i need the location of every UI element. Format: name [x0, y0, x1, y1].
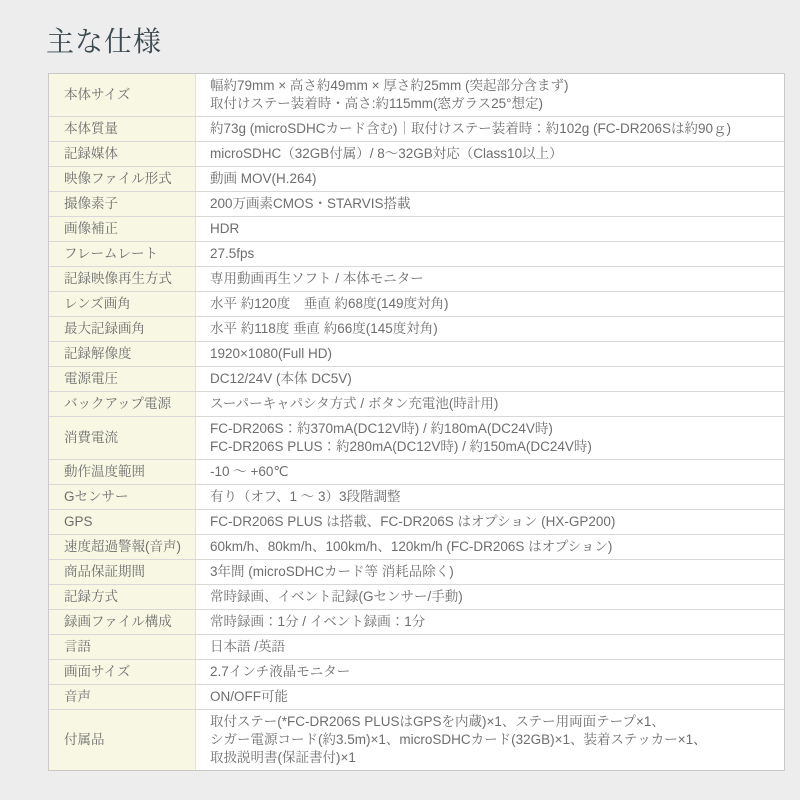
spec-row: 記録媒体microSDHC（32GB付属）/ 8〜32GB対応（Class10以… [49, 142, 784, 167]
spec-label: 記録解像度 [49, 342, 196, 366]
spec-row: 画面サイズ2.7インチ液晶モニター [49, 660, 784, 685]
spec-label: 画面サイズ [49, 660, 196, 684]
spec-row: 本体質量約73g (microSDHCカード含む)｜取付けステー装着時：約102… [49, 117, 784, 142]
spec-row: 最大記録画角水平 約118度 垂直 約66度(145度対角) [49, 317, 784, 342]
spec-value-line: ON/OFF可能 [210, 688, 772, 706]
spec-value-line: 2.7インチ液晶モニター [210, 663, 772, 681]
spec-row: 音声ON/OFF可能 [49, 685, 784, 710]
spec-value-line: FC-DR206S：約370mA(DC12V時) / 約180mA(DC24V時… [210, 420, 772, 438]
spec-value-line: -10 〜 +60℃ [210, 463, 772, 481]
spec-value-line: FC-DR206S PLUS：約280mA(DC12V時) / 約150mA(D… [210, 438, 772, 456]
spec-label: バックアップ電源 [49, 392, 196, 416]
spec-row: 付属品取付ステー(*FC-DR206S PLUSはGPSを内蔵)×1、ステー用両… [49, 710, 784, 770]
spec-value-line: 常時録画：1分 / イベント録画：1分 [210, 613, 772, 631]
spec-label: 画像補正 [49, 217, 196, 241]
spec-value: 約73g (microSDHCカード含む)｜取付けステー装着時：約102g (F… [196, 117, 784, 141]
spec-value: 動画 MOV(H.264) [196, 167, 784, 191]
spec-row: 録画ファイル構成常時録画：1分 / イベント録画：1分 [49, 610, 784, 635]
spec-value: 3年間 (microSDHCカード等 消耗品除く) [196, 560, 784, 584]
spec-value: 常時録画、イベント記録(Gセンサー/手動) [196, 585, 784, 609]
spec-value: 常時録画：1分 / イベント録画：1分 [196, 610, 784, 634]
spec-value-line: 有り（オフ、1 〜 3）3段階調整 [210, 488, 772, 506]
spec-value: 60km/h、80km/h、100km/h、120km/h (FC-DR206S… [196, 535, 784, 559]
spec-value-line: 60km/h、80km/h、100km/h、120km/h (FC-DR206S… [210, 538, 772, 556]
spec-label: Gセンサー [49, 485, 196, 509]
spec-value-line: 常時録画、イベント記録(Gセンサー/手動) [210, 588, 772, 606]
spec-value-line: HDR [210, 220, 772, 238]
spec-row: Gセンサー有り（オフ、1 〜 3）3段階調整 [49, 485, 784, 510]
spec-table: 本体サイズ幅約79mm × 高さ約49mm × 厚さ約25mm (突起部分含まず… [48, 73, 785, 771]
spec-value-line: 約73g (microSDHCカード含む)｜取付けステー装着時：約102g (F… [210, 120, 772, 138]
spec-value: 水平 約120度 垂直 約68度(149度対角) [196, 292, 784, 316]
spec-value: 200万画素CMOS・STARVIS搭載 [196, 192, 784, 216]
spec-row: レンズ画角水平 約120度 垂直 約68度(149度対角) [49, 292, 784, 317]
spec-value: 1920×1080(Full HD) [196, 342, 784, 366]
spec-value: ON/OFF可能 [196, 685, 784, 709]
spec-label: 動作温度範囲 [49, 460, 196, 484]
spec-label: 記録媒体 [49, 142, 196, 166]
spec-value-line: DC12/24V (本体 DC5V) [210, 370, 772, 388]
spec-value-line: 3年間 (microSDHCカード等 消耗品除く) [210, 563, 772, 581]
spec-value: FC-DR206S PLUS は搭載、FC-DR206S はオプション (HX-… [196, 510, 784, 534]
spec-row: 映像ファイル形式動画 MOV(H.264) [49, 167, 784, 192]
spec-value-line: 動画 MOV(H.264) [210, 170, 772, 188]
spec-row: 商品保証期間3年間 (microSDHCカード等 消耗品除く) [49, 560, 784, 585]
spec-label: 言語 [49, 635, 196, 659]
spec-label: 記録方式 [49, 585, 196, 609]
spec-label: 電源電圧 [49, 367, 196, 391]
spec-row: 記録方式常時録画、イベント記録(Gセンサー/手動) [49, 585, 784, 610]
spec-value: -10 〜 +60℃ [196, 460, 784, 484]
spec-value-line: FC-DR206S PLUS は搭載、FC-DR206S はオプション (HX-… [210, 513, 772, 531]
spec-value-line: 水平 約120度 垂直 約68度(149度対角) [210, 295, 772, 313]
spec-value-line: 1920×1080(Full HD) [210, 345, 772, 363]
spec-value: スーパーキャパシタ方式 / ボタン充電池(時計用) [196, 392, 784, 416]
spec-label: 商品保証期間 [49, 560, 196, 584]
spec-label: 付属品 [49, 710, 196, 770]
spec-label: 映像ファイル形式 [49, 167, 196, 191]
spec-value-line: 200万画素CMOS・STARVIS搭載 [210, 195, 772, 213]
spec-row: 電源電圧DC12/24V (本体 DC5V) [49, 367, 784, 392]
spec-value-line: microSDHC（32GB付属）/ 8〜32GB対応（Class10以上） [210, 145, 772, 163]
spec-label: GPS [49, 510, 196, 534]
spec-label: 消費電流 [49, 417, 196, 459]
spec-value: 幅約79mm × 高さ約49mm × 厚さ約25mm (突起部分含まず)取付けス… [196, 74, 784, 116]
spec-row: 本体サイズ幅約79mm × 高さ約49mm × 厚さ約25mm (突起部分含まず… [49, 74, 784, 117]
spec-label: 本体質量 [49, 117, 196, 141]
spec-value: 水平 約118度 垂直 約66度(145度対角) [196, 317, 784, 341]
spec-row: 言語日本語 /英語 [49, 635, 784, 660]
spec-value-line: 取扱説明書(保証書付)×1 [210, 749, 772, 767]
spec-row: 画像補正HDR [49, 217, 784, 242]
spec-value-line: 幅約79mm × 高さ約49mm × 厚さ約25mm (突起部分含まず) [210, 77, 772, 95]
spec-value: microSDHC（32GB付属）/ 8〜32GB対応（Class10以上） [196, 142, 784, 166]
spec-value-line: 取付ステー(*FC-DR206S PLUSはGPSを内蔵)×1、ステー用両面テー… [210, 713, 772, 731]
spec-value: 専用動画再生ソフト / 本体モニター [196, 267, 784, 291]
spec-value-line: シガー電源コード(約3.5m)×1、microSDHCカード(32GB)×1、装… [210, 731, 772, 749]
spec-row: 撮像素子200万画素CMOS・STARVIS搭載 [49, 192, 784, 217]
spec-value-line: 取付けステー装着時・高さ:約115mm(窓ガラス25°想定) [210, 95, 772, 113]
spec-label: 記録映像再生方式 [49, 267, 196, 291]
spec-label: 速度超過警報(音声) [49, 535, 196, 559]
spec-value: 2.7インチ液晶モニター [196, 660, 784, 684]
spec-value: 取付ステー(*FC-DR206S PLUSはGPSを内蔵)×1、ステー用両面テー… [196, 710, 784, 770]
spec-value-line: 水平 約118度 垂直 約66度(145度対角) [210, 320, 772, 338]
spec-label: 最大記録画角 [49, 317, 196, 341]
spec-value-line: 専用動画再生ソフト / 本体モニター [210, 270, 772, 288]
spec-row: 記録映像再生方式専用動画再生ソフト / 本体モニター [49, 267, 784, 292]
spec-row: 消費電流FC-DR206S：約370mA(DC12V時) / 約180mA(DC… [49, 417, 784, 460]
spec-value: DC12/24V (本体 DC5V) [196, 367, 784, 391]
spec-value-line: 日本語 /英語 [210, 638, 772, 656]
spec-row: フレームレート27.5fps [49, 242, 784, 267]
spec-value: 有り（オフ、1 〜 3）3段階調整 [196, 485, 784, 509]
page: 主な仕様 本体サイズ幅約79mm × 高さ約49mm × 厚さ約25mm (突起… [0, 0, 800, 800]
spec-label: 撮像素子 [49, 192, 196, 216]
spec-label: 本体サイズ [49, 74, 196, 116]
spec-value-line: スーパーキャパシタ方式 / ボタン充電池(時計用) [210, 395, 772, 413]
spec-value: 27.5fps [196, 242, 784, 266]
spec-value-line: 27.5fps [210, 245, 772, 263]
spec-label: 録画ファイル構成 [49, 610, 196, 634]
spec-row: 記録解像度1920×1080(Full HD) [49, 342, 784, 367]
spec-row: 動作温度範囲-10 〜 +60℃ [49, 460, 784, 485]
spec-value: FC-DR206S：約370mA(DC12V時) / 約180mA(DC24V時… [196, 417, 784, 459]
spec-row: バックアップ電源スーパーキャパシタ方式 / ボタン充電池(時計用) [49, 392, 784, 417]
spec-label: フレームレート [49, 242, 196, 266]
spec-label: レンズ画角 [49, 292, 196, 316]
spec-value: HDR [196, 217, 784, 241]
spec-row: GPSFC-DR206S PLUS は搭載、FC-DR206S はオプション (… [49, 510, 784, 535]
spec-value: 日本語 /英語 [196, 635, 784, 659]
page-title: 主な仕様 [0, 0, 800, 73]
spec-row: 速度超過警報(音声)60km/h、80km/h、100km/h、120km/h … [49, 535, 784, 560]
spec-label: 音声 [49, 685, 196, 709]
